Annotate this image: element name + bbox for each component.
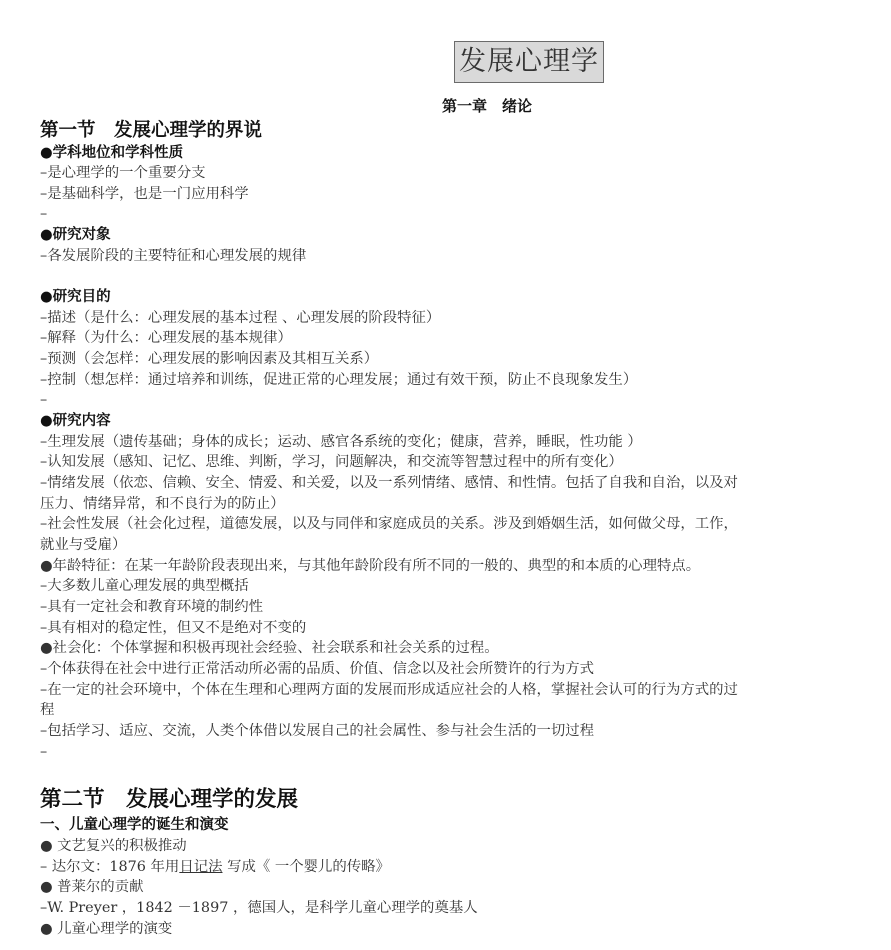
text-line: –生理发展（遗传基础；身体的成长；运动、感官各系统的变化；健康，营养，睡眠，性功…: [40, 432, 642, 452]
text-line: –大多数儿童心理发展的典型概括: [40, 576, 249, 596]
text-line: –是基础科学，也是一门应用科学: [40, 184, 249, 204]
text-line: ●年龄特征：在某一年龄阶段表现出来，与其他年龄阶段有所不同的一般的、典型的和本质…: [40, 556, 700, 576]
topic-heading: ●研究内容: [40, 411, 111, 431]
text-line: 就业与受雇）: [40, 535, 126, 555]
bullet-line: ● 文艺复兴的积极推动: [40, 836, 187, 856]
darwin-prefix: – 达尔文：1876 年用: [40, 859, 179, 875]
text-line: –描述（是什么：心理发展的基本过程 、心理发展的阶段特征）: [40, 308, 440, 328]
text-line: –具有一定社会和教育环境的制约性: [40, 597, 263, 617]
document-title: 发展心理学: [454, 41, 604, 83]
text-line: –W. Preyer ，1842 －1897 ，德国人，是科学儿童心理学的奠基人: [40, 898, 478, 918]
text-line: –是心理学的一个重要分支: [40, 163, 206, 183]
topic-heading: ●研究目的: [40, 287, 111, 307]
document-page: 发展心理学 第一章 绪论 第一节 发展心理学的界说 ●学科地位和学科性质 –是心…: [0, 0, 891, 950]
text-line: ●社会化：个体掌握和积极再现社会经验、社会联系和社会关系的过程。: [40, 638, 499, 658]
text-line: –控制（想怎样：通过培养和训练，促进正常的心理发展；通过有效干预，防止不良现象发…: [40, 370, 637, 390]
text-line: –认知发展（感知、记忆、思维、判断，学习，问题解决，和交流等智慧过程中的所有变化…: [40, 452, 623, 472]
darwin-suffix: 写成《 一个婴儿的传略》: [223, 859, 390, 875]
text-line: – 达尔文：1876 年用日记法 写成《 一个婴儿的传略》: [40, 857, 390, 877]
text-line: –解释（为什么：心理发展的基本规律）: [40, 328, 292, 348]
text-line: 程: [40, 700, 54, 720]
text-line: –个体获得在社会中进行正常活动所必需的品质、价值、信念以及社会所赞许的行为方式: [40, 659, 594, 679]
text-line: –: [40, 742, 47, 762]
topic-heading: ●研究对象: [40, 225, 111, 245]
chapter-heading: 第一章 绪论: [442, 96, 532, 116]
text-line: –: [40, 390, 47, 410]
text-line: –各发展阶段的主要特征和心理发展的规律: [40, 246, 306, 266]
text-line: –包括学习、适应、交流，人类个体借以发展自己的社会属性、参与社会生活的一切过程: [40, 721, 594, 741]
bullet-line: ● 普莱尔的贡献: [40, 877, 143, 897]
text-line: –在一定的社会环境中，个体在生理和心理两方面的发展而形成适应社会的人格，掌握社会…: [40, 680, 738, 700]
text-line: –具有相对的稳定性，但又不是绝对不变的: [40, 618, 306, 638]
bullet-line: ● 儿童心理学的演变: [40, 919, 172, 939]
text-line: –社会性发展（社会化过程，道德发展，以及与同伴和家庭成员的关系。涉及到婚姻生活，…: [40, 514, 738, 534]
section-2-heading: 第二节 发展心理学的发展: [40, 786, 298, 814]
text-line: –: [40, 204, 47, 224]
topic-heading: ●学科地位和学科性质: [40, 143, 183, 163]
diary-method-underlined: 日记法: [179, 859, 222, 875]
text-line: –情绪发展（依恋、信赖、安全、情爱、和关爱，以及一系列情绪、感情、和性情。包括了…: [40, 473, 738, 493]
subsection-heading: 一、儿童心理学的诞生和演变: [40, 815, 229, 835]
text-line: 压力、情绪异常，和不良行为的防止）: [40, 494, 285, 514]
section-1-heading: 第一节 发展心理学的界说: [40, 119, 262, 143]
text-line: –预测（会怎样：心理发展的影响因素及其相互关系）: [40, 349, 378, 369]
